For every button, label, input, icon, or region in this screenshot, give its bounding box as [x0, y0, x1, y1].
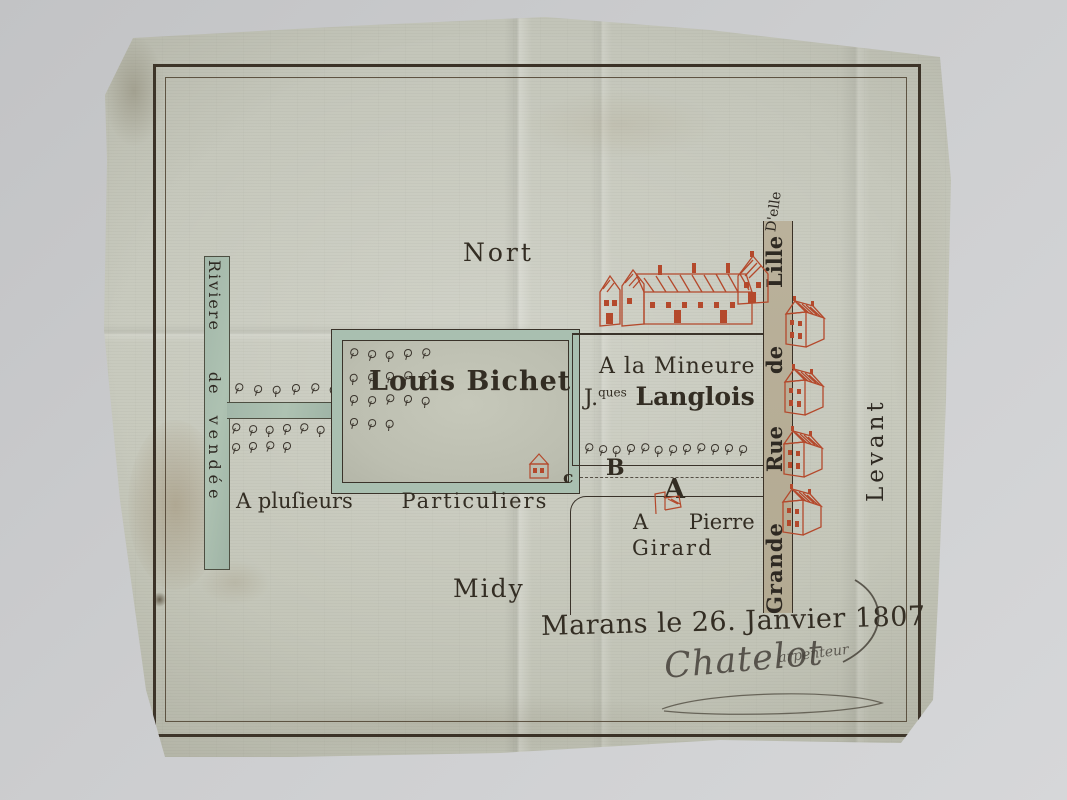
photo-of-map: Nort Midy Levant Riviere de vendée Louis… [0, 0, 1067, 800]
paper-vignette [0, 0, 1067, 800]
paper-sheet: Nort Midy Levant Riviere de vendée Louis… [0, 0, 1067, 800]
